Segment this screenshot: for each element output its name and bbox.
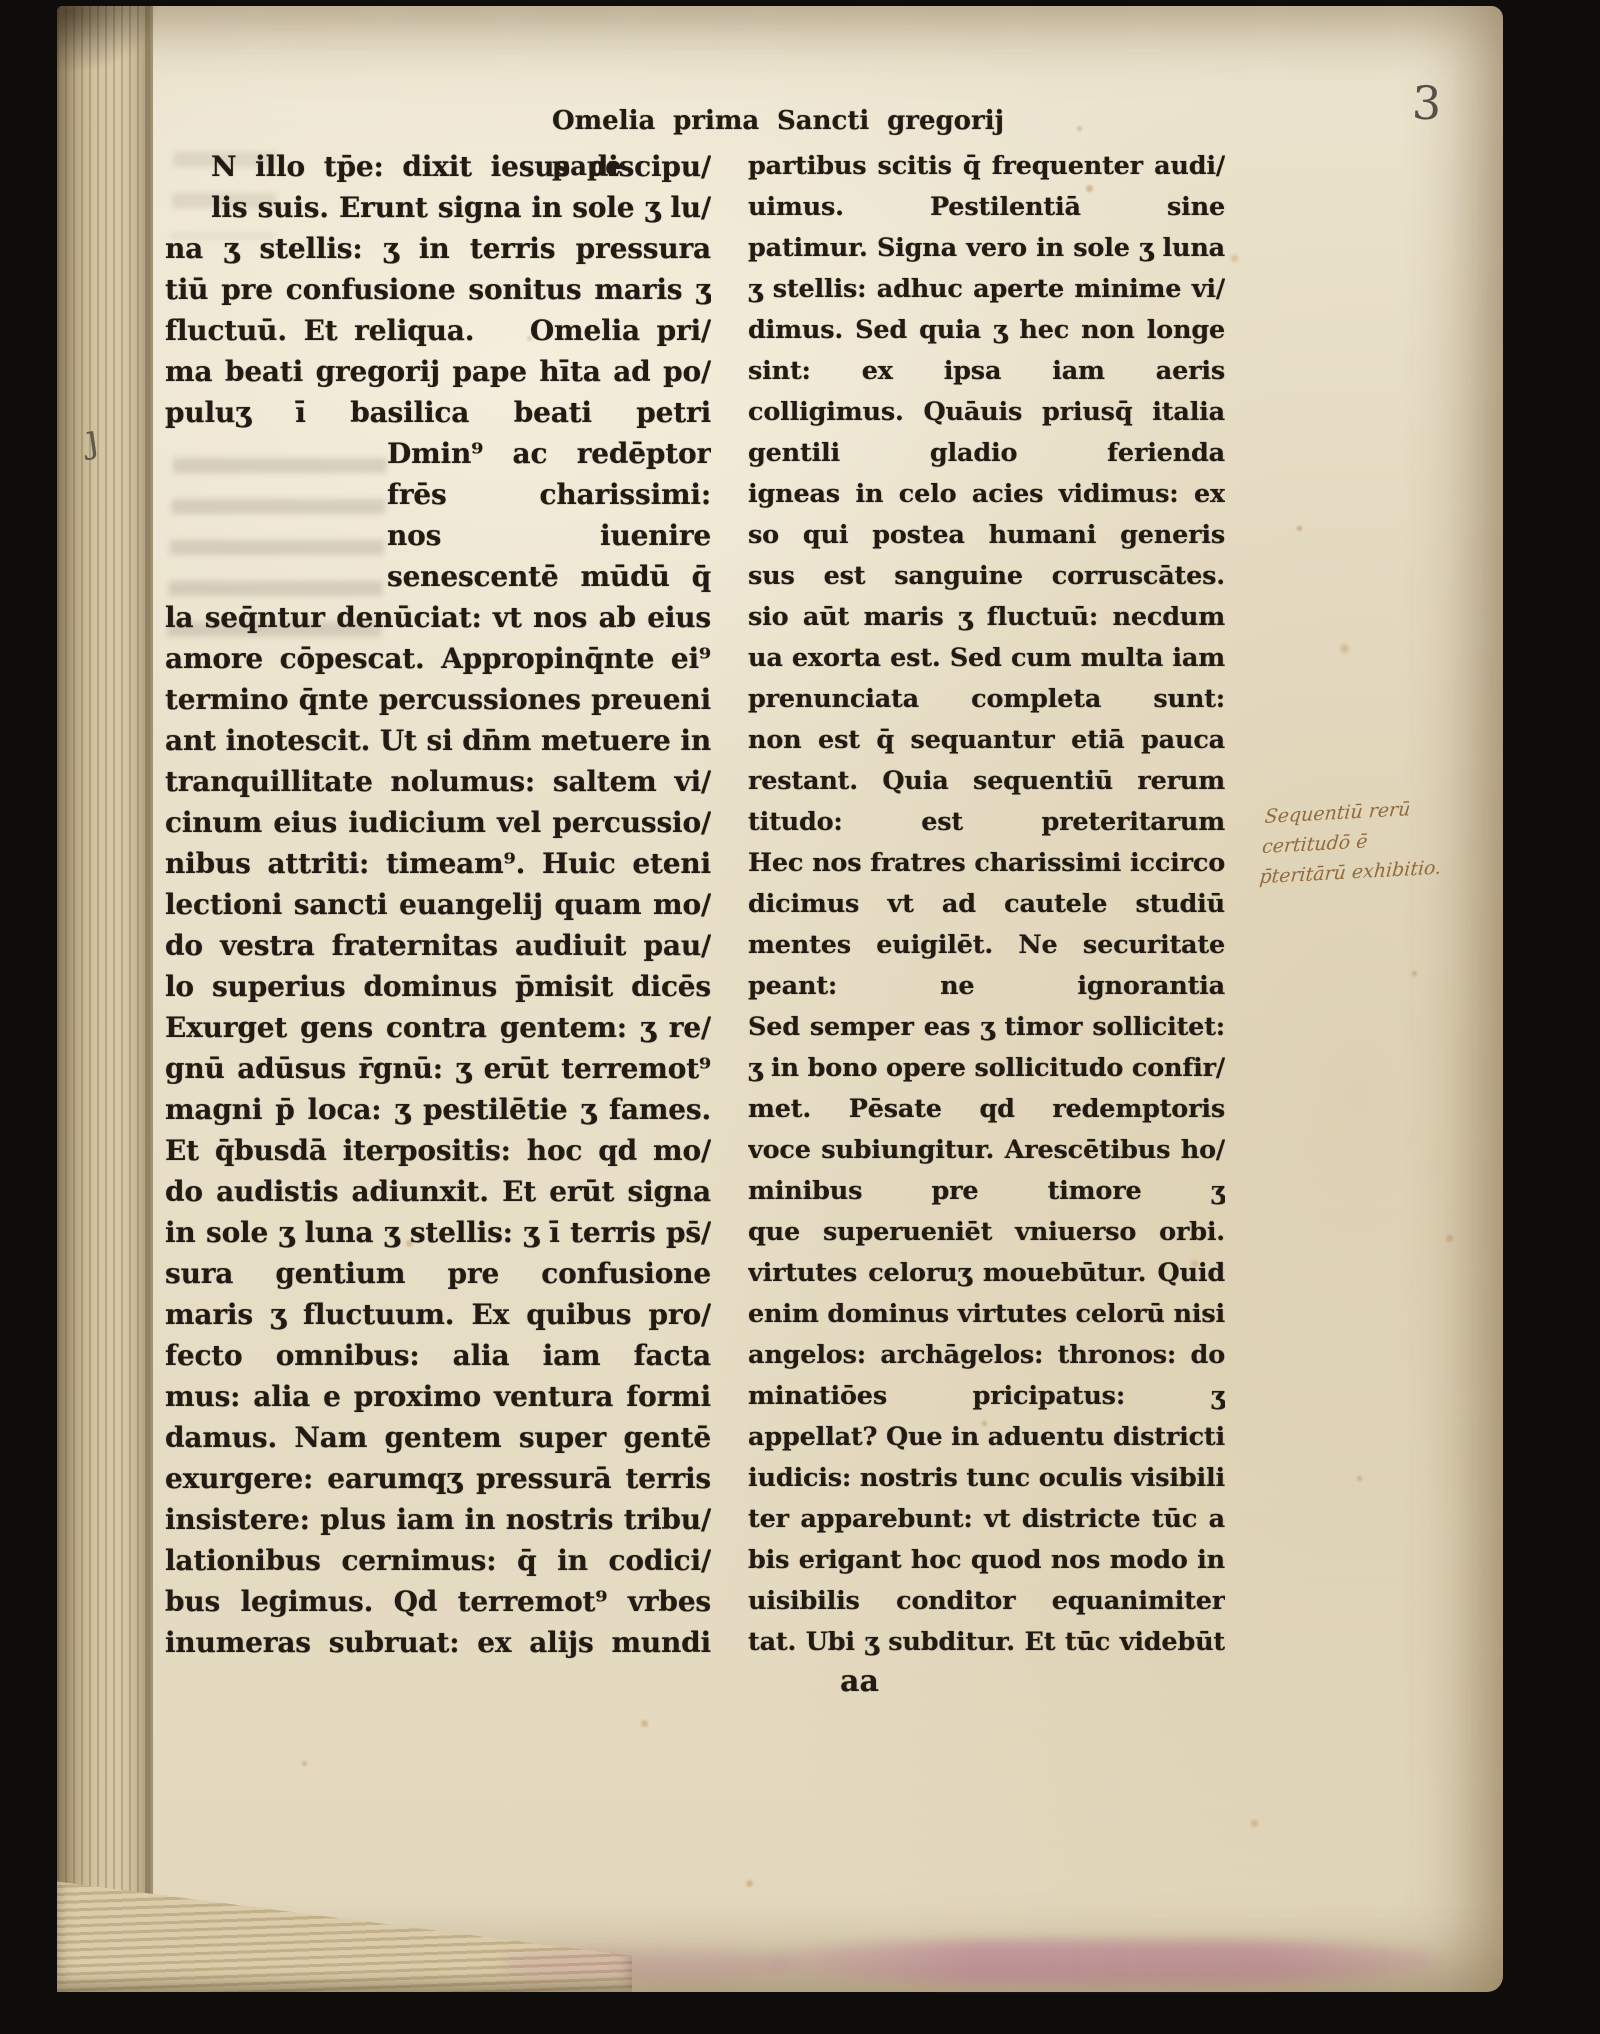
text-line: exurgere: earumqʒ pressurā terris [165, 1458, 711, 1499]
text-line: mentes euigilēt. Ne securitate tor [748, 925, 1225, 966]
text-line: ter apparebunt: vt districte tūc a no [748, 1499, 1225, 1540]
text-line: Sed semper eas ʒ timor sollicitet: [748, 1007, 1225, 1048]
text-line: frēs charissimi: pātos [165, 474, 711, 515]
text-line: voce subiungitur. Arescētibus ho/ [748, 1130, 1225, 1171]
signature-mark: aa [840, 1664, 879, 1699]
text-line: senescentē mūdū q̄ ma/ [165, 556, 711, 597]
text-line: sus est sanguine corruscātes. Cōfu/ [748, 556, 1225, 597]
text-line: dimus. Sed quia ʒ hec non longe [748, 310, 1225, 351]
text-line: lo superius dominus p̄misit dicēs [165, 966, 711, 1007]
text-line: enim dominus virtutes celorū nisi [748, 1294, 1225, 1335]
text-line: damus. Nam gentem super gentē [165, 1417, 711, 1458]
text-line: fecto omnibus: alia iam facta cerni/ [165, 1335, 711, 1376]
foxing-spots [57, 6, 62, 11]
text-line: ua exorta est. Sed cum multa iam [748, 638, 1225, 679]
text-line: fluctuū. Et reliqua. Omelia pri/ [165, 310, 711, 351]
text-line: ʒ stellis: adhuc aperte minime vi/ [748, 269, 1225, 310]
text-line: peant: ne ignorantia languescant. [748, 966, 1225, 1007]
text-line: do vestra fraternitas audiuit pau/ [165, 925, 711, 966]
corner-shadow [57, 6, 207, 116]
text-line: minatiōes pricipatus: ʒ potestates [748, 1376, 1225, 1417]
text-line: na ʒ stellis: ʒ in terris pressura gen [165, 228, 711, 269]
text-line: iudicis: nostris tunc oculis visibili [748, 1458, 1225, 1499]
text-line: dicimus vt ad cautele studiū vestre [748, 884, 1225, 925]
text-line: Exurget gens contra gentem: ʒ re/ [165, 1007, 711, 1048]
text-line: ant inotescit. Ut si dn̄m metuere in [165, 720, 711, 761]
text-line: insistere: plus iam in nostris tribu/ [165, 1499, 711, 1540]
text-column-left: N illo tp̄e: dixit iesus discipu/lis sui… [165, 146, 711, 1663]
text-line: magni p̄ loca: ʒ pestilētie ʒ fames. [165, 1089, 711, 1130]
text-line: ma beati gregorij pape hīta ad po/ [165, 351, 711, 392]
pink-stain [770, 1940, 1435, 1984]
text-line: amore cōpescat. Appropinq̄nte ei⁹ [165, 638, 711, 679]
text-line: inumeras subruat: ex alijs mundi [165, 1622, 711, 1663]
text-line: restant. Quia sequentiū rerum cer/ [748, 761, 1225, 802]
text-line: Dmin⁹ ac redēptor nr̄ [165, 433, 711, 474]
text-line: puluʒ ī basilica beati petri apostoli. [165, 392, 711, 433]
text-line: mus: alia e proximo ventura formi [165, 1376, 711, 1417]
text-line: minibus pre timore ʒ expectatione [748, 1171, 1225, 1212]
text-line: tranquillitate nolumus: saltem vi/ [165, 761, 711, 802]
page-stack-left-edge [57, 6, 153, 1992]
text-line: non est q̄ sequantur etiā pauca que [748, 720, 1225, 761]
text-line: in sole ʒ luna ʒ stellis: ʒ ī terris ps̄… [165, 1212, 711, 1253]
text-line: tat. Ubi ʒ subditur. Et tūc videbūt [748, 1622, 1225, 1663]
text-line: nos iuenire desiderās: [165, 515, 711, 556]
text-line: sio aūt maris ʒ fluctuū: necdum no [748, 597, 1225, 638]
text-line: bis erigant hoc quod nos modo in [748, 1540, 1225, 1581]
folio-number: 3 [1411, 76, 1442, 131]
text-line: cinum eius iudicium vel percussio/ [165, 802, 711, 843]
text-line: titudo: est preteritarum exhibitio. [748, 802, 1225, 843]
text-line: la seq̄ntur denūciat: vt nos ab eius [165, 597, 711, 638]
text-line: lationibus cernimus: q̄ in codici/ [165, 1540, 711, 1581]
page-crease [145, 6, 152, 1992]
text-line: ʒ in bono opere sollicitudo confir/ [748, 1048, 1225, 1089]
text-line: colligimus. Quāuis priusq̄ italia [748, 392, 1225, 433]
book-photograph: Omelia prima Sancti gregorij pape 3 ȷ N … [0, 0, 1600, 2034]
text-line: bus legimus. Qd terremot⁹ vrbes [165, 1581, 711, 1622]
text-line: termino q̄nte percussiones preueni [165, 679, 711, 720]
text-line: N illo tp̄e: dixit iesus discipu/ [165, 146, 711, 187]
text-line: partibus scitis q̄ frequenter audi/ [748, 146, 1225, 187]
text-line: lis suis. Erunt signa in sole ʒ lu/ [165, 187, 711, 228]
text-line: patimur. Signa vero in sole ʒ luna [748, 228, 1225, 269]
text-line: gnū adūsus r̄gnū: ʒ erūt terremot⁹ [165, 1048, 711, 1089]
text-line: sura gentium pre confusione sonit⁹ [165, 1253, 711, 1294]
margin-annotation: Sequentiū rerū certitudō ē p̄teritārū ex… [1258, 790, 1496, 893]
text-line: do audistis adiunxit. Et erūt signa [165, 1171, 711, 1212]
text-line: Hec nos fratres charissimi iccirco [748, 843, 1225, 884]
pink-stain-faint [502, 1950, 792, 1980]
text-line: uisibilis conditor equanimiter por [748, 1581, 1225, 1622]
book-page: Omelia prima Sancti gregorij pape 3 ȷ N … [57, 6, 1503, 1992]
text-line: lectioni sancti euangelij quam mo/ [165, 884, 711, 925]
page-header-title: Omelia prima Sancti gregorij pape [552, 98, 1004, 144]
text-line: tiū pre confusione sonitus maris ʒ [165, 269, 711, 310]
text-line: gentili gladio ferienda traderetur: [748, 433, 1225, 474]
text-line: so qui postea humani generis effu/ [748, 515, 1225, 556]
text-line: Et q̄busdā iterpositis: hoc qd mo/ [165, 1130, 711, 1171]
text-line: virtutes celoruʒ mouebūtur. Quid [748, 1253, 1225, 1294]
text-line: angelos: archāgelos: thronos: do [748, 1335, 1225, 1376]
text-line: que superueniēt vniuerso orbi. Nā [748, 1212, 1225, 1253]
text-line: nibus attriti: timeam⁹. Huic eteni [165, 843, 711, 884]
text-line: sint: ex ipsa iam aeris immutatione [748, 351, 1225, 392]
text-line: maris ʒ fluctuum. Ex quibus pro/ [165, 1294, 711, 1335]
text-column-right: partibus scitis q̄ frequenter audi/uimus… [748, 146, 1225, 1663]
text-line: met. Pēsate qd redemptoris nostri [748, 1089, 1225, 1130]
text-line: appellat? Que in aduentu districti [748, 1417, 1225, 1458]
text-line: prenunciata completa sunt: dubiū [748, 679, 1225, 720]
text-line: uimus. Pestilentiā sine cessatione [748, 187, 1225, 228]
text-line: igneas in celo acies vidimus: ex ip/ [748, 474, 1225, 515]
